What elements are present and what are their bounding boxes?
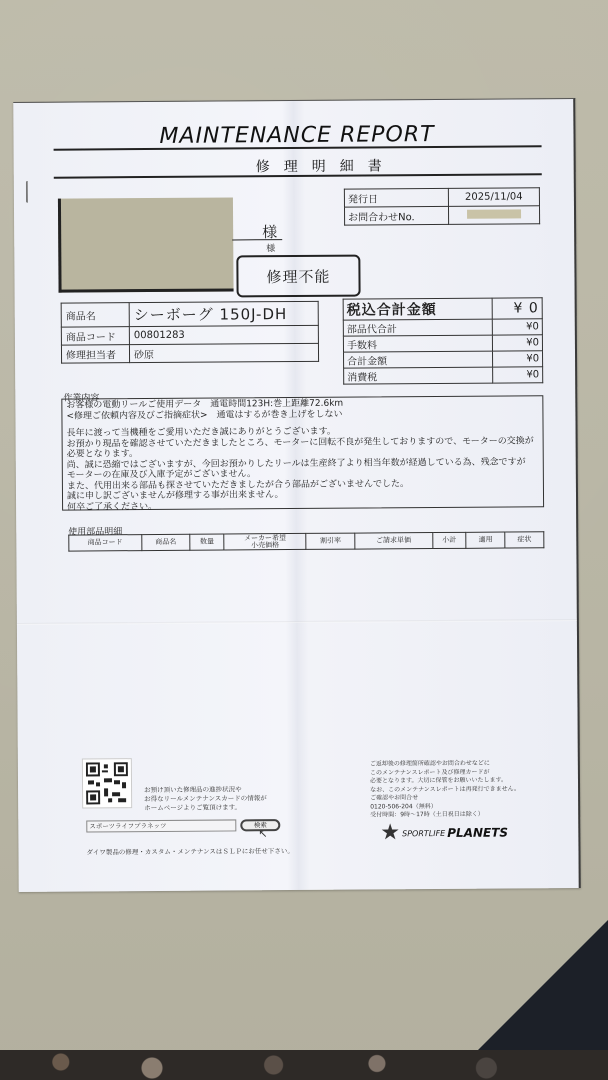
qr-caption-line: お得なリールメンテナンスカードの情報が (144, 794, 267, 804)
product-code-label: 商品コード (61, 327, 129, 345)
parts-table: 商品コード 商品名 数量 メーカー希望 小売価格 割引率 ご請求単価 小計 適用… (68, 531, 544, 551)
total-row: 部品代合計 ¥0 (343, 319, 542, 336)
product-name-value: シーボーグ 150J-DH (129, 301, 318, 326)
total-row-label: 手数料 (343, 335, 492, 352)
technician-label: 修理担当者 (61, 345, 129, 363)
issue-date-label: 発行日 (344, 188, 448, 207)
total-row-value: ¥0 (493, 335, 543, 351)
product-row: 商品コード 00801283 (61, 325, 318, 345)
total-row: 合計金額 ¥0 (344, 351, 543, 368)
total-row-label: 消費税 (344, 367, 493, 384)
product-row: 修理担当者 砂原 (61, 343, 318, 363)
parts-col-header: 症状 (505, 532, 544, 548)
totals-table: 税込合計金額 ¥ 0 部品代合計 ¥0 手数料 ¥0 合計金額 ¥0 消費税 ¥… (343, 297, 544, 384)
inquiry-value-redacted (448, 206, 539, 225)
product-row: 商品名 シーボーグ 150J-DH (61, 301, 318, 327)
parts-col-header: 商品名 (141, 534, 190, 550)
logo-text-small: SPORTLIFE (402, 828, 445, 837)
title-rule-bottom (54, 173, 542, 178)
logo-text-big: PLANETS (447, 826, 508, 840)
product-code-value: 00801283 (129, 325, 318, 344)
parts-col-header: 商品コード (69, 535, 142, 552)
qr-code-icon (86, 762, 128, 804)
parts-col-header: 割引率 (306, 533, 355, 549)
work-content-box: お客様の電動リールご使用データ 通電時間123H:巻上距離72.6km <修理ご… (61, 395, 544, 510)
honorific-small: 様 (266, 241, 275, 254)
parts-header-row: 商品コード 商品名 数量 メーカー希望 小売価格 割引率 ご請求単価 小計 適用… (69, 532, 544, 551)
total-row-value: ¥0 (493, 367, 543, 383)
customer-name-redacted (58, 197, 234, 292)
notice-line: 必要となります。大切に保管をお願いいたします。 (370, 776, 520, 786)
printed-search-field: スポーツライフプラネッツ (86, 819, 236, 832)
technician-value: 砂原 (129, 343, 318, 362)
parts-col-header: 適用 (466, 532, 505, 548)
parts-col-header: 小計 (432, 532, 466, 548)
total-row-label: 部品代合計 (343, 319, 492, 336)
parts-col-header: 数量 (190, 534, 224, 550)
staple-icon (26, 181, 30, 203)
grand-total-label: 税込合計金額 (343, 298, 492, 320)
title-rule-top (54, 145, 542, 150)
issue-date-row: 発行日 2025/11/04 (344, 188, 539, 207)
redaction-mark (467, 209, 521, 218)
grand-total-value: ¥ 0 (492, 298, 542, 319)
qr-code (82, 758, 132, 808)
notice-line: なお、このメンテナンスレポートは再発行できません。 (370, 785, 520, 795)
slp-note: ダイワ製品の修理・カスタム・メンテナンスはＳＬＰにお任せ下さい。 (86, 846, 293, 856)
notice-line: 受付時間：9時～17時（土日祝日は除く） (370, 810, 520, 820)
product-name-label: 商品名 (61, 303, 129, 327)
maintenance-report-sheet: MAINTENANCE REPORT 修理明細書 発行日 2025/11/04 … (13, 98, 581, 892)
cursor-icon: ↖ (258, 827, 267, 840)
total-row: 手数料 ¥0 (343, 335, 542, 352)
product-info-table: 商品名 シーボーグ 150J-DH 商品コード 00801283 修理担当者 砂… (61, 301, 319, 364)
parts-col-header: メーカー希望 小売価格 (224, 533, 307, 550)
paper-fold (17, 619, 577, 625)
qr-caption: お預け頂いた修理品の進捗状況や お得なリールメンテナンスカードの情報が ホームペ… (144, 785, 267, 813)
repair-status-badge: 修理不能 (236, 255, 360, 298)
total-row-value: ¥0 (493, 319, 543, 335)
star-logo-icon: ★ (380, 822, 400, 844)
grand-total-row: 税込合計金額 ¥ 0 (343, 298, 542, 320)
gravel-ground (0, 1050, 608, 1080)
total-row: 消費税 ¥0 (344, 367, 543, 384)
total-row-label: 合計金額 (344, 351, 493, 368)
issue-date-value: 2025/11/04 (448, 188, 539, 207)
total-row-value: ¥0 (493, 351, 543, 367)
parts-col-header: ご請求単価 (355, 533, 433, 550)
report-title-en: MAINTENANCE REPORT (159, 122, 434, 149)
inquiry-row: お問合わせNo. (344, 206, 539, 225)
qr-caption-line: ホームページよりご覧頂けます。 (144, 803, 267, 813)
report-title-ja: 修理明細書 (256, 155, 396, 176)
inquiry-label: お問合わせNo. (344, 206, 448, 225)
notice-text: ご返却後の修理箇所確認やお問合わせなどに このメンテナンスレポート及び修理カード… (370, 759, 520, 820)
sportlife-planets-logo: ★ SPORTLIFE PLANETS (380, 822, 508, 845)
issue-info-table: 発行日 2025/11/04 お問合わせNo. (344, 187, 540, 225)
